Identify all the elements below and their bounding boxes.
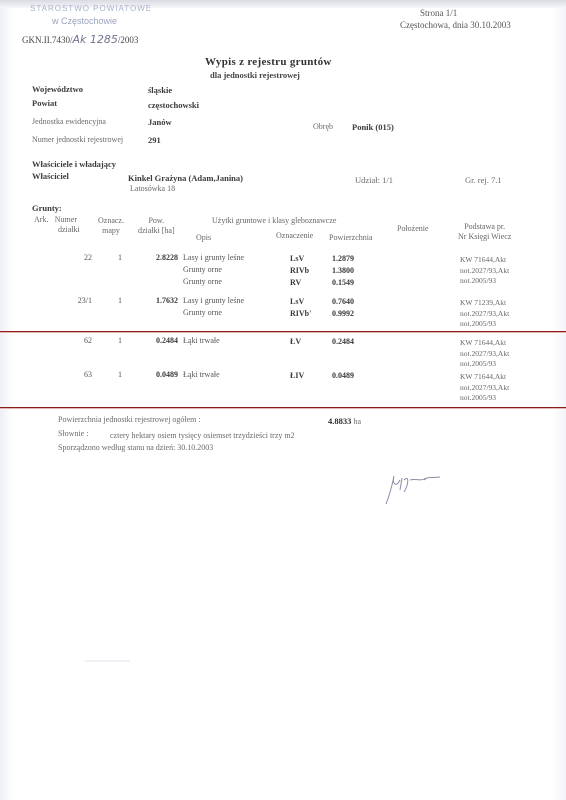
col-pow-dzialki: Pow. działki [ha]	[138, 216, 175, 236]
legal-basis-line: KW 71644,Akt	[460, 372, 506, 383]
office-stamp-line2: w Częstochowie	[52, 16, 117, 26]
parcel-area: 2.8228	[138, 253, 178, 262]
voivodeship-value: śląskie	[148, 85, 172, 95]
parcel-area: 1.7632	[138, 296, 178, 305]
page-number: Strona 1/1	[420, 8, 457, 18]
separator-line	[0, 407, 566, 408]
separator-line	[0, 331, 566, 332]
parcel-number: 63	[52, 370, 92, 379]
land-use-description: Grunty orne	[183, 265, 222, 274]
land-use-description: Grunty orne	[183, 277, 222, 286]
land-use-area: 0.2484	[314, 337, 354, 346]
land-use-class: RIVb	[290, 266, 309, 275]
precinct-value: Ponik (015)	[352, 122, 394, 132]
parcel-number: 22	[52, 253, 92, 262]
land-use-class: ŁIV	[290, 371, 304, 380]
parcel-number: 23/1	[52, 296, 92, 305]
place-date: Częstochowa, dnia 30.10.2003	[400, 20, 511, 30]
legal-basis-line: KW 71644,Akt	[460, 255, 506, 266]
land-use-area: 1.2879	[314, 254, 354, 263]
land-use-class: LsV	[290, 297, 304, 306]
land-use-class: LsV	[290, 254, 304, 263]
signature-icon	[380, 468, 450, 508]
document-subtitle: dla jednostki rejestrowej	[210, 70, 300, 80]
scan-artifact	[85, 660, 130, 662]
share: Udział: 1/1	[355, 175, 393, 185]
col-numer: Numer działki	[52, 215, 80, 235]
legal-basis-line: not.2005/93	[460, 319, 496, 330]
land-use-area: 0.9992	[314, 309, 354, 318]
map-designation: 1	[118, 370, 122, 379]
parcel-area: 0.2484	[138, 336, 178, 345]
legal-basis-line: not.2005/93	[460, 393, 496, 404]
col-uzytki-group: Użytki gruntowe i klasy gleboznawcze	[212, 216, 336, 226]
office-stamp-line1: STAROSTWO POWIATOWE	[30, 4, 152, 13]
document-page: STAROSTWO POWIATOWE w Częstochowie GKN.I…	[0, 0, 566, 800]
col-oznaczenie: Oznaczenie	[276, 231, 313, 241]
land-use-area: 1.3800	[314, 266, 354, 275]
owners-section-label: Właściciele i władający	[32, 159, 116, 169]
parcel-area: 0.0489	[138, 370, 178, 379]
legal-basis-line: not.2027/93,Akt	[460, 383, 509, 394]
county-value: częstochowski	[148, 100, 199, 110]
land-use-class: ŁV	[290, 337, 301, 346]
legal-basis-line: not.2005/93	[460, 359, 496, 370]
legal-basis-line: not.2027/93,Akt	[460, 266, 509, 277]
col-oznacz-mapy: Oznacz. mapy	[98, 216, 124, 236]
legal-basis-line: not.2005/93	[460, 276, 496, 287]
col-powierzchnia: Powierzchnia	[329, 233, 373, 243]
precinct-label: Obręb	[313, 122, 333, 131]
as-of-date: Sporządzono według stanu na dzień: 30.10…	[58, 443, 213, 452]
map-designation: 1	[118, 296, 122, 305]
county-label: Powiat	[32, 98, 57, 108]
owner-name: Kinkel Grażyna (Adam,Janina)	[128, 173, 243, 183]
col-polozenie: Położenie	[397, 224, 429, 234]
total-area-label: Powierzchnia jednostki rejestrowej ogółe…	[58, 415, 201, 424]
words-value: cztery hektary osiem tysięcy osiemset tr…	[110, 431, 295, 440]
grunty-section-label: Grunty:	[32, 203, 62, 213]
land-use-class: RV	[290, 278, 301, 287]
land-use-description: Łąki trwałe	[183, 370, 220, 379]
col-ark: Ark.	[34, 215, 48, 225]
legal-basis-line: KW 71239,Akt	[460, 298, 506, 309]
legal-basis-line: not.2027/93,Akt	[460, 309, 509, 320]
land-use-area: 0.7640	[314, 297, 354, 306]
voivodeship-label: Województwo	[32, 84, 83, 94]
parcel-number: 62	[52, 336, 92, 345]
total-area-value: 4.8833	[328, 416, 351, 426]
land-use-area: 0.1549	[314, 278, 354, 287]
words-label: Słownie :	[58, 429, 88, 438]
register-group: Gr. rej. 7.1	[465, 175, 502, 185]
reg-unit-label: Numer jednostki rejestrowej	[32, 135, 123, 144]
land-use-area: 0.0489	[314, 371, 354, 380]
map-designation: 1	[118, 336, 122, 345]
handwritten-ref: Ak 1285	[73, 33, 118, 46]
reference-number: GKN.II.7430/Ak 1285/2003	[22, 33, 138, 46]
legal-basis-line: not.2027/93,Akt	[460, 349, 509, 360]
col-opis: Opis	[196, 233, 211, 243]
owner-address: Latosówka 18	[130, 184, 175, 193]
reg-unit-value: 291	[148, 135, 161, 145]
land-use-description: Grunty orne	[183, 308, 222, 317]
land-use-description: Lasy i grunty leśne	[183, 253, 244, 262]
total-area-unit: ha	[354, 417, 362, 426]
land-use-class: RIVb'	[290, 309, 311, 318]
unit-label: Jednostka ewidencyjna	[32, 117, 106, 126]
unit-value: Janów	[148, 117, 172, 127]
document-title: Wypis z rejestru gruntów	[205, 56, 332, 68]
total-area: 4.8833 ha	[328, 416, 361, 426]
legal-basis-line: KW 71644,Akt	[460, 338, 506, 349]
land-use-description: Lasy i grunty leśne	[183, 296, 244, 305]
land-use-description: Łąki trwałe	[183, 336, 220, 345]
owner-role-label: Właściciel	[32, 171, 69, 181]
col-podstawa: Podstawa pr. Nr Księgi Wiecz	[458, 222, 511, 242]
map-designation: 1	[118, 253, 122, 262]
